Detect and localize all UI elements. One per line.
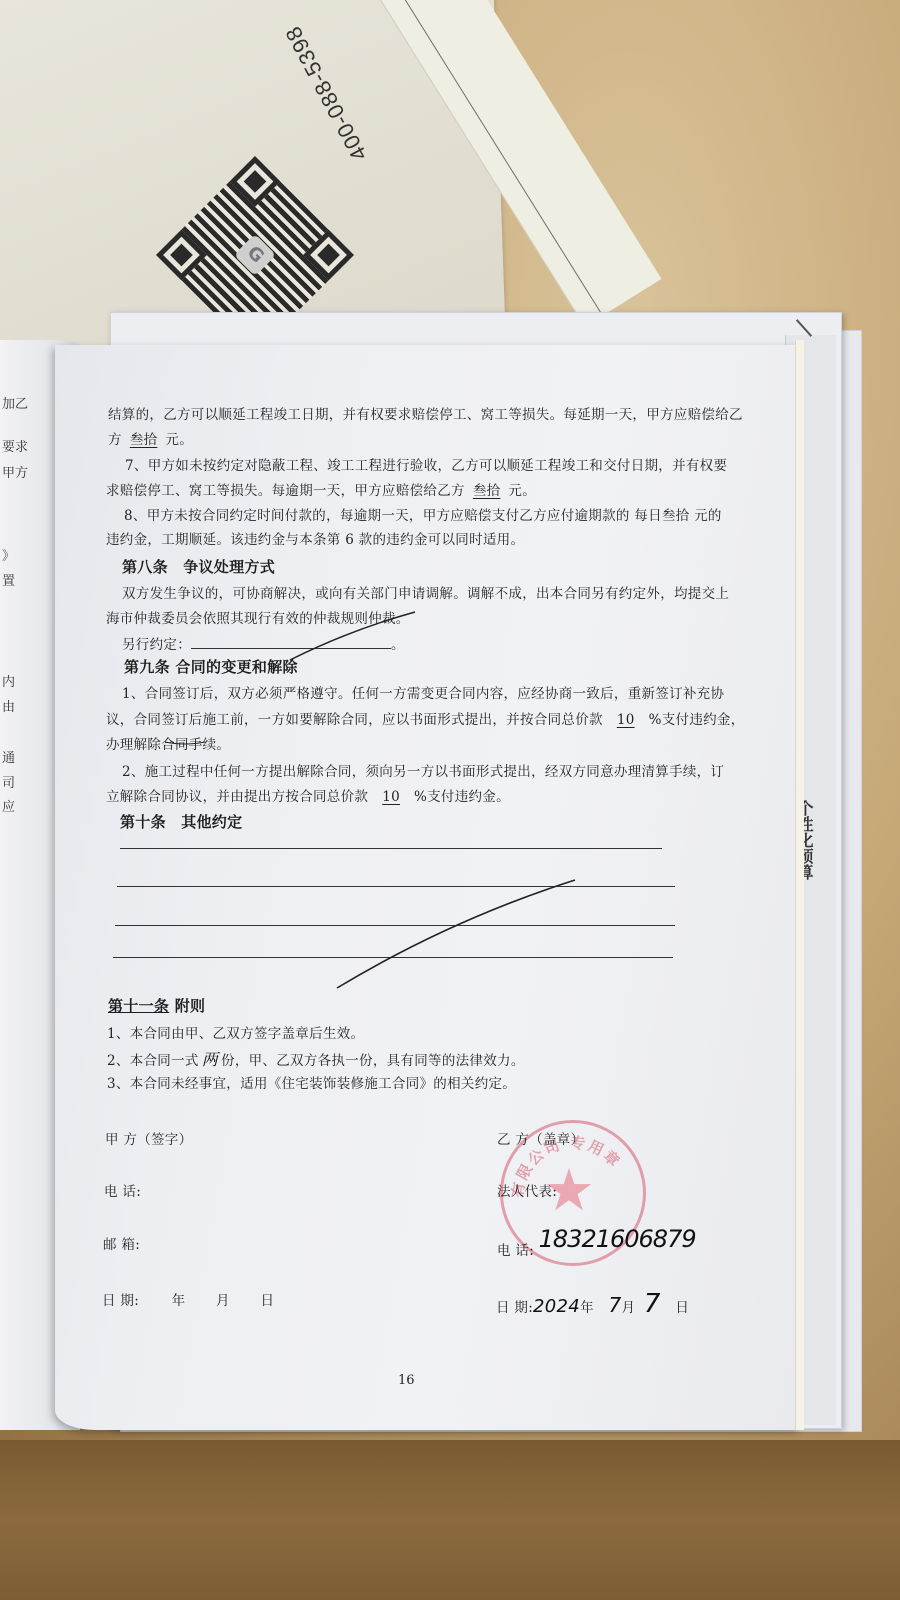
strike-line-icon [337, 880, 575, 988]
underline-stroke-icon [165, 742, 205, 744]
handwritten-strokes [0, 0, 900, 1600]
strike-line-icon [290, 612, 415, 660]
